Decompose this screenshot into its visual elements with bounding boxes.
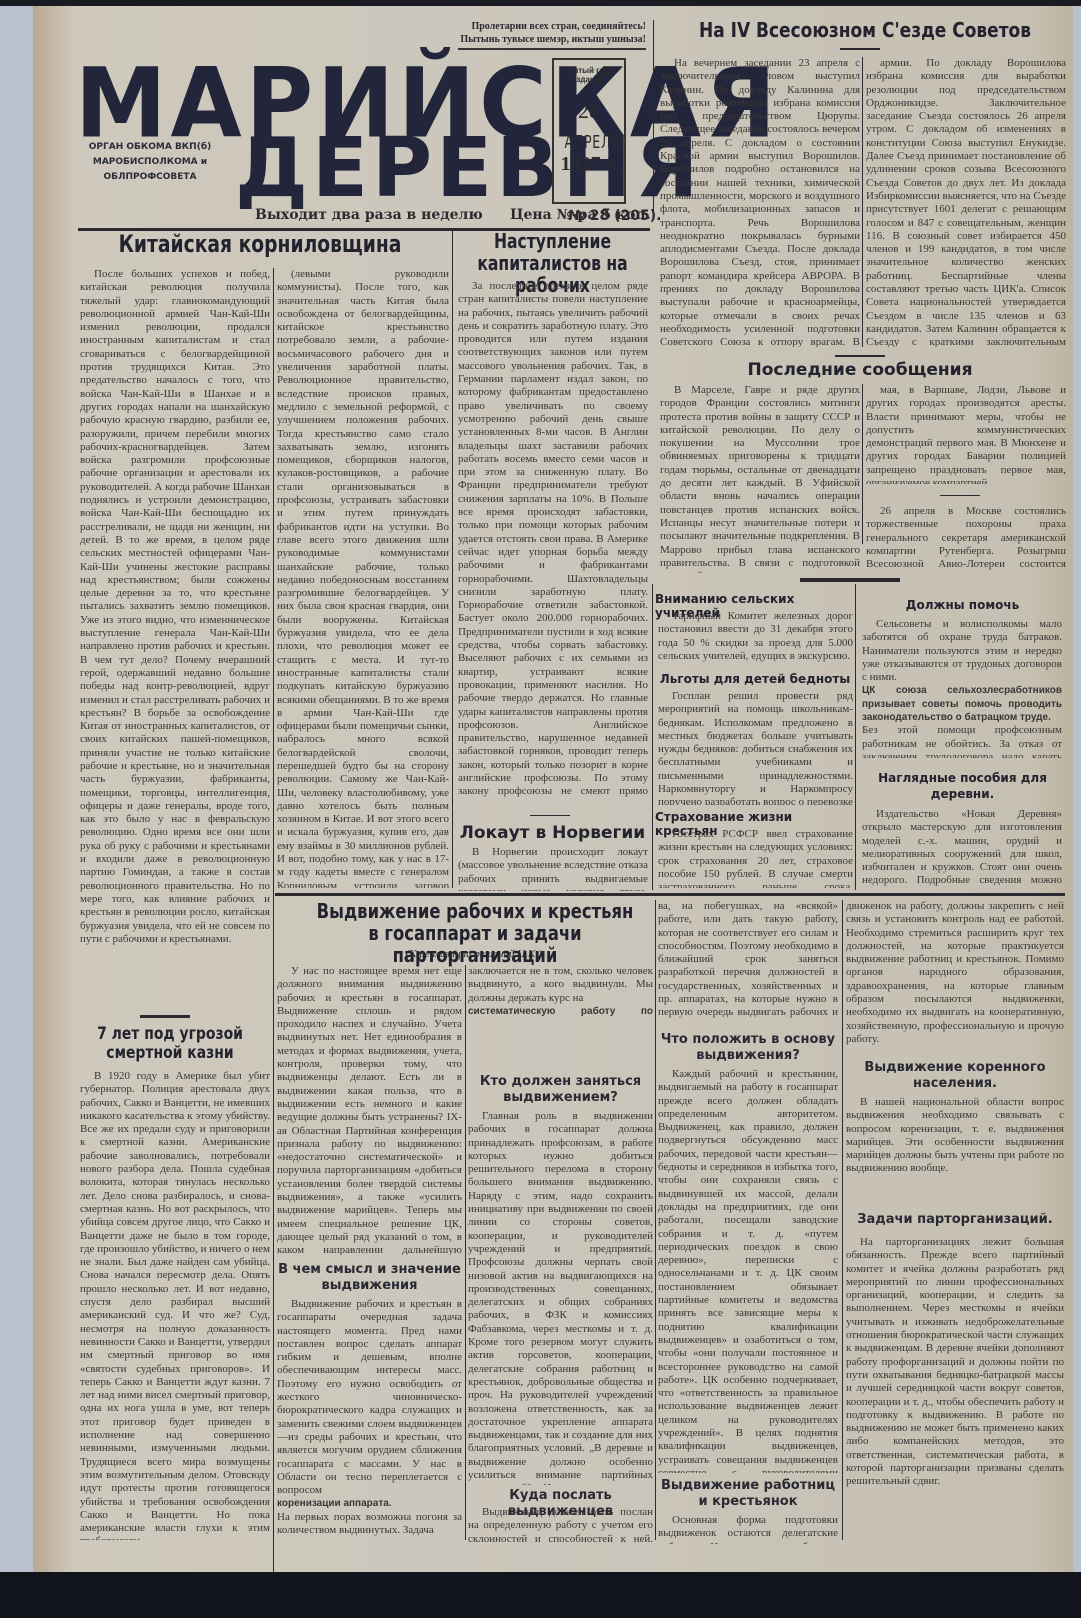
article-promotion-col4c: На парторганизациях лежит большая обязан… (846, 1236, 1064, 1536)
column-rule (452, 228, 453, 888)
year-of-publication: пятый год издания. (554, 66, 624, 84)
article-promotion-col2: заключается не в том, сколько человек вы… (468, 965, 653, 1020)
divider (800, 578, 900, 582)
date-month: АПРЕЛЯ (565, 132, 614, 153)
article-promotion-col3: ва, на побегушках, на «всякой» работе, и… (658, 900, 838, 1018)
article-kornilov-col2: (левыми руководили коммунисты). После то… (277, 268, 449, 888)
article-promotion-col2c: Выдвиженец должен быть послан на определ… (468, 1506, 653, 1542)
section-rule (275, 893, 1065, 896)
column-rule (855, 584, 856, 890)
column-rule (652, 584, 653, 890)
article-promotion-col4: движенок на работу, должны закрепить с н… (846, 900, 1064, 1050)
subhead-meaning: В чем смысл и значение выдвижения (277, 1262, 462, 1294)
subhead-native: Выдвижение коренного населения. (846, 1060, 1064, 1092)
headline-visual-aids: Наглядные пособия для деревни. (860, 770, 1065, 802)
column-rule (862, 57, 863, 347)
article-norway-body: В Норвегии происходит локаут (массовое у… (458, 846, 648, 891)
article-aids-body: Издательство «Новая Деревня» открыло мас… (862, 808, 1062, 890)
date-year: 1927 г. (554, 153, 624, 176)
headline-sacco-vanzetti: 7 лет под угрозой смертной казни (88, 1025, 252, 1063)
slogan-russian: Пролетарии всех стран, соединяйтесь! (458, 20, 646, 33)
article-offensive-body: За последнее время в целом ряде стран ка… (458, 280, 648, 800)
article-promotion-col4b: В нашей национальной области вопрос выдв… (846, 1096, 1064, 1181)
headline-norway-lockout: Локаут в Норвегии (455, 823, 650, 843)
article-congress-col1: На вечернем заседании 23 апреля с заключ… (660, 57, 860, 347)
article-promotion-col1: У нас по настоящее время нет еще должног… (277, 965, 462, 1255)
article-promotion-col1b: Выдвижение рабочих и крестьян в госаппар… (277, 1298, 462, 1538)
headline-chinese-kornilov: Китайская корниловщина (112, 230, 408, 258)
article-promotion-col2b: Главная роль в выдвижении рабочих в госа… (468, 1110, 653, 1485)
column-rule (842, 900, 843, 1540)
masthead-organ: ОРГАН ОБКОМА ВКП(б) МАРОБИСПОЛКОМА и ОБЛ… (80, 140, 220, 185)
subhead-party-tasks: Задачи парторганизаций. (846, 1212, 1064, 1228)
column-rule (862, 384, 863, 544)
article-help-body: Сельсоветы и волисполкомы мало заботятся… (862, 618, 1062, 758)
date-box: пятый год издания. 28 АПРЕЛЯ 1927 г. (552, 58, 626, 204)
column-rule (273, 268, 274, 1603)
article-promotion-col3c: Основная форма подготовки выдвиженок ост… (658, 1514, 838, 1544)
column-rule (653, 20, 654, 220)
divider (140, 1015, 190, 1018)
subhead-training: Выдвижение работниц и крестьянок (658, 1478, 838, 1510)
headline-latest-news: Последние сообщения (660, 360, 1060, 380)
date-day: 28 (554, 98, 624, 124)
divider (840, 48, 880, 50)
headline-congress: На IV Всесоюзном С'езде Советов (695, 18, 1035, 42)
subhead-basis: Что положить в основу выдвижения? (658, 1032, 838, 1064)
slogans: Пролетарии всех стран, соединяйтесь! Пыт… (458, 20, 646, 50)
slogan-mari: Пытынь тувысе шемэр, иктыш ушныза! (458, 33, 646, 46)
article-sacco-body: В 1920 году в Америке был убит губернато… (80, 1070, 270, 1540)
divider (835, 355, 885, 357)
scan-border-bottom (0, 1572, 1081, 1618)
article-latest-col2b: 26 апреля в Москве состоялись торжествен… (866, 505, 1066, 575)
publication-frequency: Выходит два раза в неделю (255, 207, 483, 223)
article-promotion-col3b: Каждый рабочий и крестьянин, выдвигаемый… (658, 1068, 838, 1473)
issue-price: Цена №-ра 5 коп. (510, 207, 651, 223)
article-insurance-body: Госстрах РСФСР ввел страхование жизни кр… (658, 828, 853, 888)
divider (940, 495, 980, 496)
divider (530, 815, 570, 816)
masthead-title-line2: ДЕРЕВНЯ (235, 128, 702, 210)
column-rule (465, 965, 466, 1540)
subhead-who: Кто должен заняться выдвижением? (468, 1074, 653, 1106)
article-latest-col2: мая, в Варшаве, Лодзи, Львове и других г… (866, 384, 1066, 484)
headline-poor-children-benefits: Льготы для детей бедноты (655, 672, 855, 686)
article-kornilov-col1: После больших успехов и побед, китайская… (80, 268, 270, 948)
headline-must-help: Должны помочь (860, 598, 1065, 612)
article-latest-col1: В Марселе, Гавре и ряде других городов Ф… (660, 384, 860, 574)
article-congress-col2: армии. По докладу Ворошилова избрана ком… (866, 57, 1066, 347)
promotion-subtitle: (К реализации решений Ц.К.). (280, 948, 670, 960)
article-teachers-body: Тарифный Комитет железных дорог постанов… (658, 610, 853, 665)
article-benefits-body: Госплан решил провести ряд мероприятий н… (658, 690, 853, 805)
column-rule (655, 900, 656, 1540)
